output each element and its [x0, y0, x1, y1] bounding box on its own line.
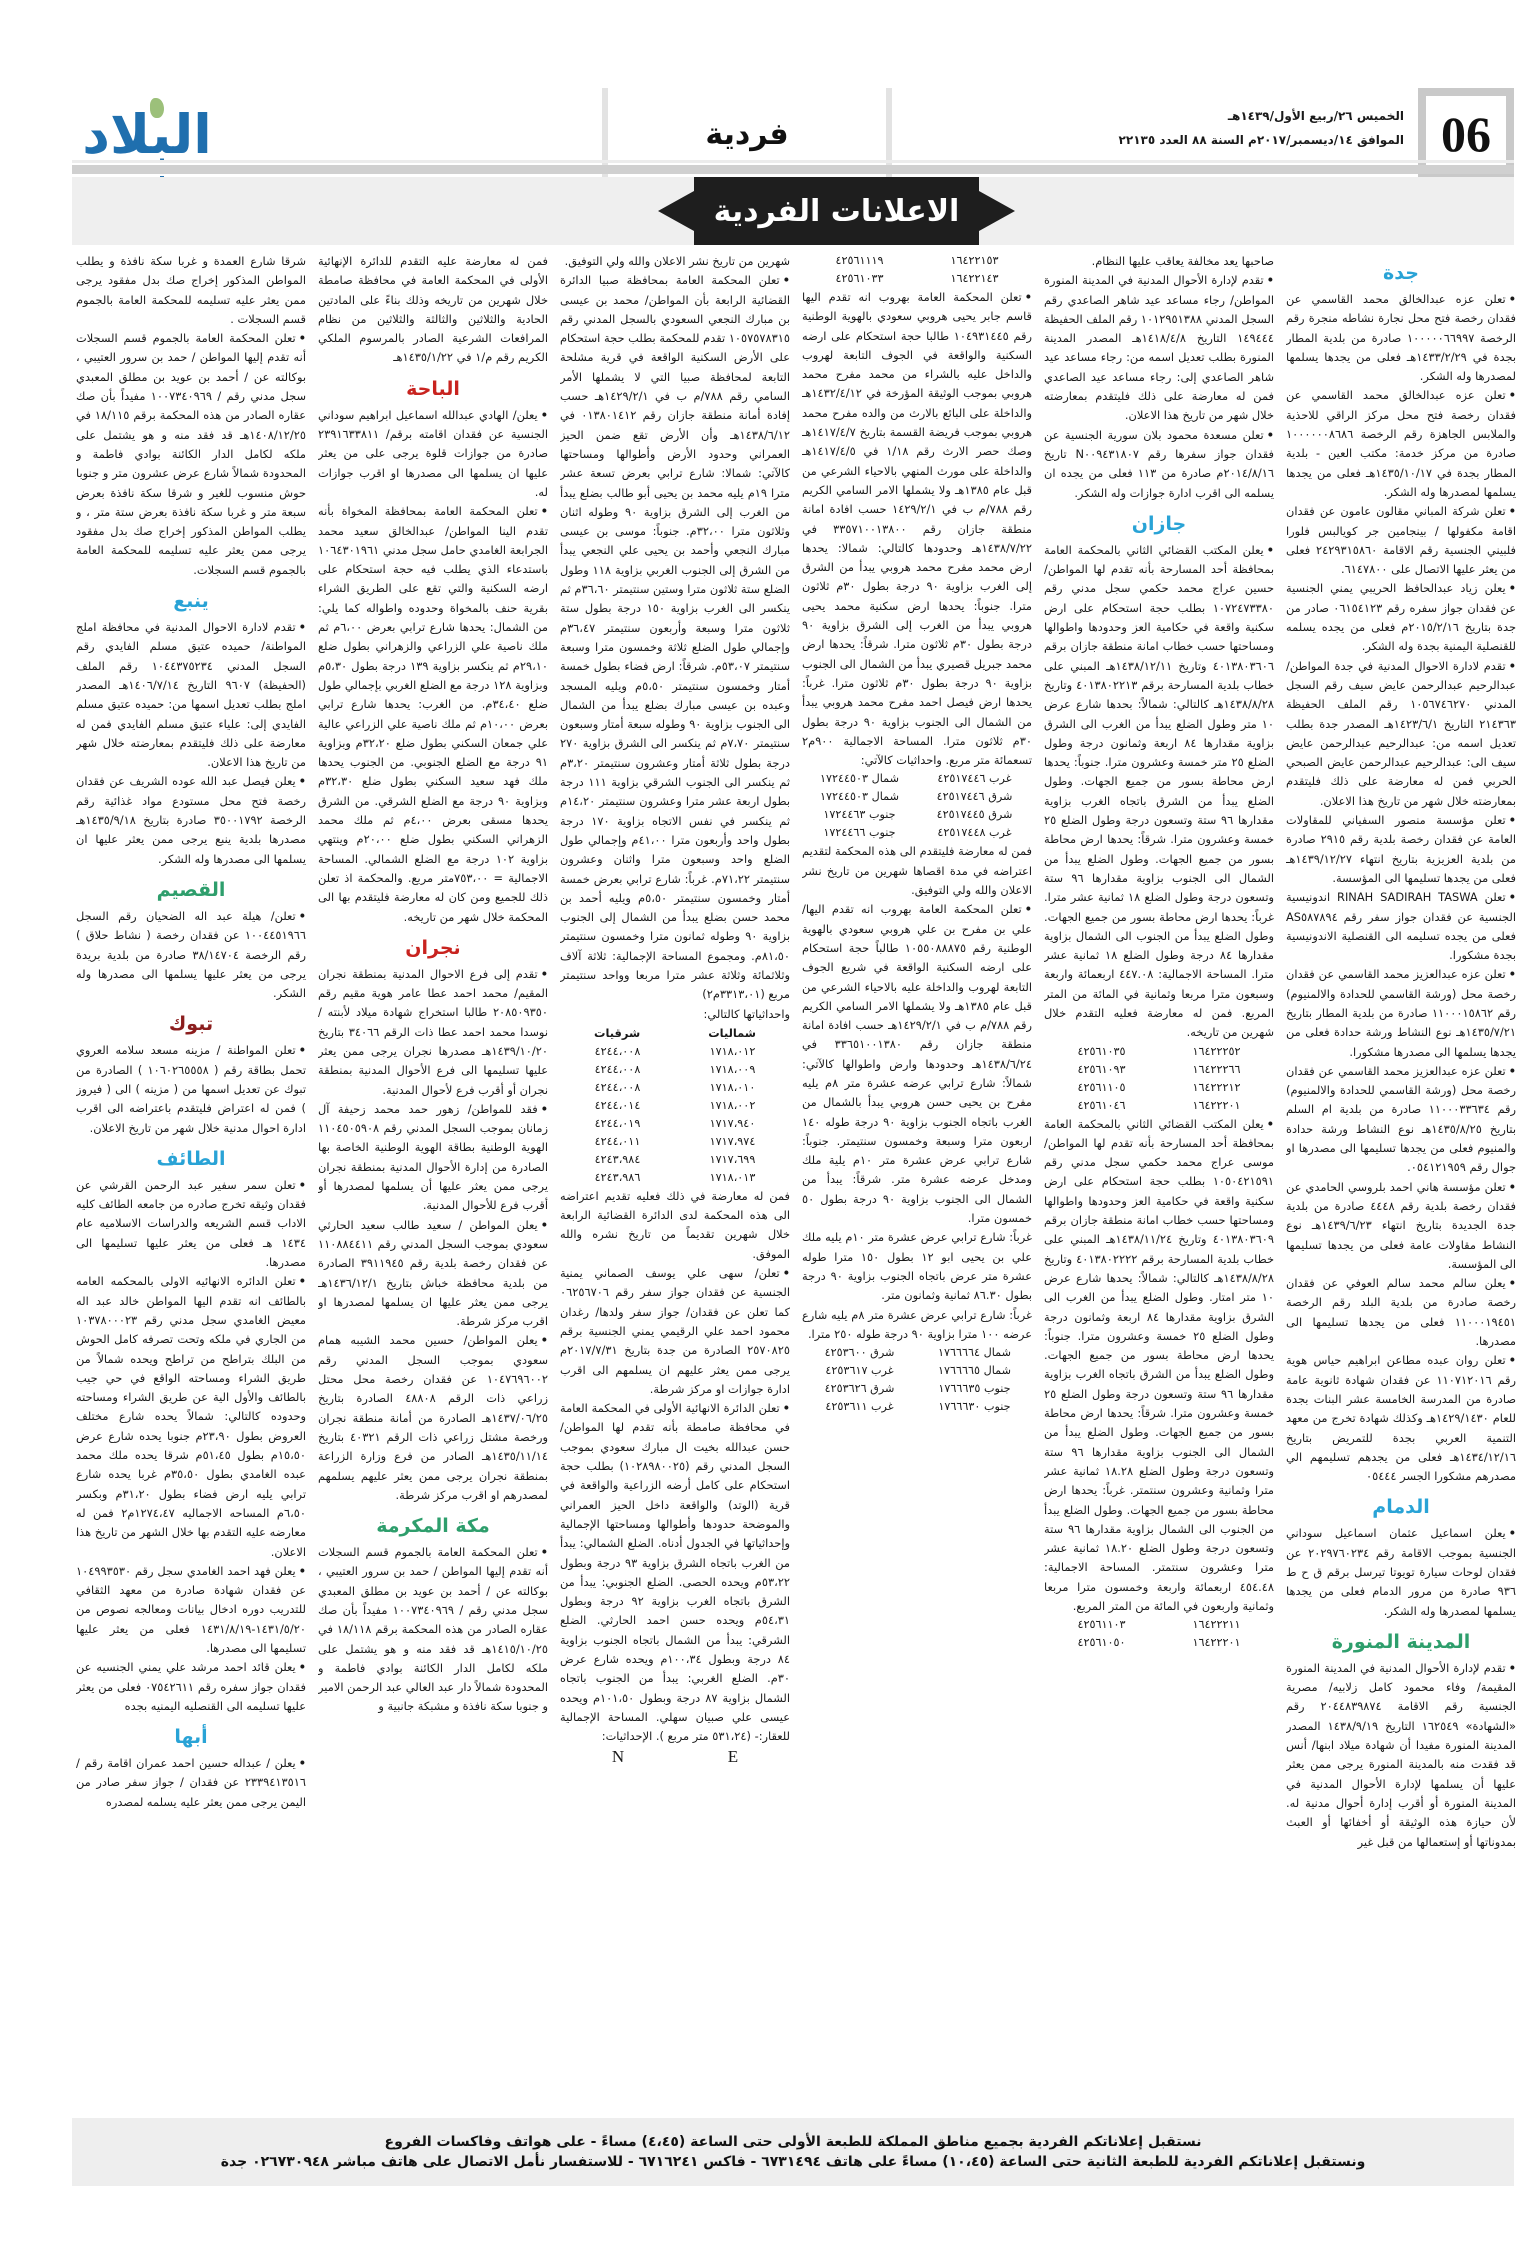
column-4: شهرين من تاريخ نشر الاعلان والله ولي الت… [560, 252, 790, 2092]
coords-header: شمالياتشرقيات [560, 1024, 790, 1043]
ad-item: •تقدم لإدارة الأحوال المدنية في المدينة … [1286, 1659, 1516, 1852]
bullet-icon: • [1267, 543, 1274, 557]
ad-item: •تعلن الدائرة الانهائية الأولى في المحكم… [560, 1399, 790, 1746]
footer-line-second-edition: ونستقبل إعلاناتكم الفردية للطبعة الثانية… [221, 2154, 1366, 2170]
coordinates-table: ٤٢٥٦١١٠٣١٦٤٢٢٢١١ ٤٢٥٦١٠٥٠١٦٤٢٢٢٠١ [1044, 1616, 1274, 1652]
classifieds-banner: الاعلانات الفردية [72, 177, 1514, 245]
ad-item: •تعلن عزه عبدالعزيز محمد القاسمي عن فقدا… [1286, 1062, 1516, 1178]
ad-item: •يعلن/ الهادي عبدالله اسماعيل ابراهيم سو… [318, 406, 548, 502]
bullet-icon: • [1509, 659, 1516, 673]
bullet-icon: • [783, 1401, 790, 1415]
bullet-icon: • [541, 967, 548, 981]
bullet-icon: • [541, 1218, 548, 1232]
coord-row: ١٧١٧،٦٩٩٤٢٤٣،٩٨٤ [560, 1151, 790, 1169]
ad-item: •تعلن مؤسسة منصور السفياني للمقاولات الع… [1286, 811, 1516, 888]
coord-row: ٤٢٥٦١٠٥٠١٦٤٢٢٢٠١ [1044, 1634, 1274, 1652]
bullet-icon: • [541, 408, 548, 422]
ad-item: •تعلن سمر سفير عبد الرحمن القرشي عن فقدا… [76, 1176, 306, 1272]
ad-item: •تقدم لادارة الاحوال المدنية في جدة المو… [1286, 657, 1516, 811]
ad-item: •تعلن روان عبده مطاعن ابراهيم حياس هوية … [1286, 1351, 1516, 1486]
region-heading-tabuk: تبوك [76, 1009, 306, 1039]
ad-item: •تعلن مسعدة محمود بلان سورية الجنسية عن … [1044, 426, 1274, 503]
coords-axis-labels: NE [560, 1746, 790, 1768]
ad-item: •تعلن المحكمة العامة بهروب انه تقدم اليه… [802, 288, 1032, 770]
issue-date: الخميس ٢٦/ربيع الأول/١٤٣٩هـ الموافق ١٤/د… [1119, 104, 1404, 152]
masthead-rule-light [72, 160, 1514, 163]
bullet-icon: • [1509, 581, 1516, 595]
banner-title: الاعلانات الفردية [694, 177, 979, 245]
bullet-icon: • [1267, 428, 1274, 442]
ads-columns: جدة •تعلن عزه عبدالخالق محمد القاسمي عن … [80, 252, 1516, 2092]
bullet-icon: • [1509, 292, 1516, 306]
column-1: جدة •تعلن عزه عبدالخالق محمد القاسمي عن … [1286, 252, 1516, 2092]
ad-item: •تعلن الدائره الانهائيه الاولى بالمحكمه … [76, 1272, 306, 1561]
ad-item: •تقدم لادارة الاحوال المدنية في محافظة ا… [76, 618, 306, 772]
coord-row: ١٧١٨،٠١٣٤٢٤٣،٩٨٦ [560, 1169, 790, 1187]
ad-item-continued: فمن له معارضة في ذلك فعليه تقديم اعتراضه… [560, 1187, 790, 1264]
region-heading-taif: الطائف [76, 1144, 306, 1174]
column-5: فمن له معارضة عليه التقدم للدائرة الإنها… [318, 252, 548, 2092]
ad-item: •يعلن قائد احمد مرشد علي يمني الجنسيه عن… [76, 1658, 306, 1716]
bullet-icon: • [299, 1660, 306, 1674]
ad-item-continued: غرباً: شارع ترابي عرض عشرة متر ١٠م يليه … [802, 1228, 1032, 1305]
ad-item: •تعلن المحكمة العامة بمحافظة صبيا الدائر… [560, 271, 790, 1004]
ad-item: •تعلن/ سهى علي يوسف الصماني يمنية الجنسي… [560, 1264, 790, 1399]
ad-item: •يعلن / عبداله حسين احمد عمران اقامة رقم… [76, 1754, 306, 1812]
ad-item: •تعلن المحكمة العامة بالجموم قسم السجلات… [318, 1543, 548, 1717]
coordinates-table: ٤٢٥٦١٠٣٥١٦٤٢٢٢٥٢ ٤٢٥٦١٠٩٣١٦٤٢٢٢٦٦ ٤٢٥٦١١… [1044, 1043, 1274, 1115]
saudi-map-icon [150, 98, 164, 118]
ad-item: •تقدم لإدارة الأحوال المدنية في المدينة … [1044, 271, 1274, 425]
coord-row: شمال ١٧٦٦٦٦٥غرب ٤٢٥٣٦١٧ [802, 1362, 1032, 1380]
ad-item: •يعلن المواطن / سعيد طالب سعيد الحارثي س… [318, 1216, 548, 1332]
ad-item: •يعلن المكتب القضائي الثاني بالمحكمة الع… [1044, 1115, 1274, 1617]
coord-row: ١٧١٨،٠٠٢٤٢٤٤،٠١٤ [560, 1097, 790, 1115]
region-heading-dammam: الدمام [1286, 1492, 1516, 1522]
ad-item-continued: شهرين من تاريخ نشر الاعلان والله ولي الت… [560, 252, 790, 271]
ad-item: •تقدم إلى فرع الاحوال المدنية بمنطقة نجر… [318, 965, 548, 1100]
ad-item: •يعلن المكتب القضائي الثاني بالمحكمة الع… [1044, 541, 1274, 1043]
coord-row: ٤٢٥٦١١١٩١٦٤٢٢١٥٣ [802, 252, 1032, 270]
region-heading-qassim: القصيم [76, 875, 306, 905]
coord-row: جنوب ١٧٦٦٦٣٥شرق ٤٢٥٣٦٢٦ [802, 1380, 1032, 1398]
bullet-icon: • [299, 1756, 306, 1770]
ad-item-continued: فمن له معارضة عليه التقدم للدائرة الإنها… [318, 252, 548, 368]
bullet-icon: • [1509, 388, 1516, 402]
coord-row: ١٧١٨،٠٠٩٤٢٤٤،٠٠٨ [560, 1061, 790, 1079]
ad-item-continued: غرباً: شارع ترابي عرض عشرة متر ٨م يليه ش… [802, 1306, 1032, 1345]
coordinates-table: ٤٢٥٦١١١٩١٦٤٢٢١٥٣ ٤٢٥٦١٠٣٣١٦٤٢٢١٤٣ [802, 252, 1032, 288]
bullet-icon: • [1509, 1064, 1516, 1078]
ad-item: •يعلن المواطن/ حسين محمد الشيبه همام سعو… [318, 1331, 548, 1505]
coord-row: ٤٢٥٦١٠٩٣١٦٤٢٢٢٦٦ [1044, 1061, 1274, 1079]
region-heading-baha: الباحة [318, 374, 548, 404]
coords-label: واحداثياتها كالتالي: [560, 1005, 790, 1024]
coordinates-table: غرب ٤٢٥١٧٤٤٦شمال ١٧٢٤٤٥٠٣ شرق ٤٢٥١٧٤٤٦شم… [802, 770, 1032, 842]
bullet-icon: • [1509, 1180, 1516, 1194]
ad-item: •تعلن المحكمة العامة بمحافظة المخواة بأن… [318, 502, 548, 927]
ad-item: •تعلن عزه عبدالخالق محمد القاسمي عن فقدا… [1286, 386, 1516, 502]
region-heading-najran: نجران [318, 933, 548, 963]
coord-row: ٤٢٥٦١٠٤٦١٦٤٢٢٢٠١ [1044, 1097, 1274, 1115]
bullet-icon: • [541, 1102, 548, 1116]
column-3: ٤٢٥٦١١١٩١٦٤٢٢١٥٣ ٤٢٥٦١٠٣٣١٦٤٢٢١٤٣ •تعلن … [802, 252, 1032, 2092]
logo-text: البلاد [82, 103, 212, 166]
bullet-icon: • [1509, 967, 1516, 981]
ad-item: •تعلن شركة المباني مقالون عامون عن فقدان… [1286, 502, 1516, 579]
coord-row: ١٧١٧،٩٧٤٤٢٤٤،٠١١ [560, 1133, 790, 1151]
ad-item: •تعلن عزه عبدالعزيز محمد القاسمي عن فقدا… [1286, 965, 1516, 1061]
coord-row: جنوب ١٧٦٦٦٣٠غرب ٤٢٥٣٦١١ [802, 1398, 1032, 1416]
region-heading-jazan: جازان [1044, 509, 1274, 539]
bullet-icon: • [1509, 1276, 1516, 1290]
ad-item: •تعلن المحكمة العامة بالجموم قسم السجلات… [76, 329, 306, 580]
ad-item: •يعلن اسماعيل عثمان اسماعيل سوداني الجنس… [1286, 1524, 1516, 1620]
region-heading-jeddah: جدة [1286, 258, 1516, 288]
bullet-icon: • [1509, 890, 1516, 904]
ad-item: •تعلن المواطنة / مزينه مسعد سلامه العروي… [76, 1041, 306, 1137]
coord-row: شمال ١٧٦٦٦٦٤شرق ٤٢٥٣٦٠٠ [802, 1344, 1032, 1362]
ad-item: •فقد للمواطن/ زهور حمد محمد زحيفة آل زما… [318, 1100, 548, 1216]
ad-item-continued: شرقا شارع العمدة و غربا سكة نافذة و يطلب… [76, 252, 306, 329]
coord-row: ١٧١٨،٠١٢٤٢٤٤،٠٠٨ [560, 1043, 790, 1061]
bullet-icon: • [1509, 1526, 1516, 1540]
bullet-icon: • [299, 1274, 306, 1288]
region-heading-yanbu: ينبع [76, 586, 306, 616]
ad-item: •تعلن عزه عبدالخالق محمد القاسمي عن فقدا… [1286, 290, 1516, 386]
bullet-icon: • [1509, 1353, 1516, 1367]
region-heading-makkah: مكة المكرمة [318, 1511, 548, 1541]
bullet-icon: • [1509, 1661, 1516, 1675]
bullet-icon: • [299, 774, 306, 788]
bullet-icon: • [299, 620, 306, 634]
coord-row: ١٧١٨،٠١٠٤٢٤٤،٠٠٨ [560, 1079, 790, 1097]
coord-row: ٤٢٥٦١٠٣٥١٦٤٢٢٢٥٢ [1044, 1043, 1274, 1061]
bullet-icon: • [541, 1333, 548, 1347]
coord-row: شرق ٤٢٥١٧٤٤٥جنوب ١٧٢٤٤٦٣ [802, 806, 1032, 824]
coord-row: ١٧١٧،٩٤٠٤٢٤٤،٠١٩ [560, 1115, 790, 1133]
bullet-icon: • [1267, 1117, 1274, 1131]
region-heading-madinah: المدينة المنورة [1286, 1627, 1516, 1657]
bullet-icon: • [541, 504, 548, 518]
ad-item: •تعلن المحكمة العامة بهروب انه تقدم اليه… [802, 900, 1032, 1228]
coord-row: غرب ٤٢٥١٧٤٤٦شمال ١٧٢٤٤٥٠٣ [802, 770, 1032, 788]
bullet-icon: • [299, 1043, 306, 1057]
coord-row: شرق ٤٢٥١٧٤٤٦شمال ١٧٢٤٤٥٠٣ [802, 788, 1032, 806]
ad-item: •يعلن زياد عبدالحافظ الحريبي يمني الجنسي… [1286, 579, 1516, 656]
bullet-icon: • [1025, 290, 1032, 304]
coord-row: ٤٢٥٦١١٠٣١٦٤٢٢٢١١ [1044, 1616, 1274, 1634]
masthead-rule [72, 165, 1514, 174]
ad-item: •تعلن RINAH SADIRAH TASWA اندونيسية الجن… [1286, 888, 1516, 965]
ad-item: •يعلن فيصل عبد الله عوده الشريف عن فقدان… [76, 772, 306, 868]
ad-item: •تعلن/ هيلة عبد اله الضحيان رقم السجل ١٠… [76, 907, 306, 1003]
bullet-icon: • [299, 1564, 306, 1578]
bullet-icon: • [783, 1266, 790, 1280]
bullet-icon: • [299, 1178, 306, 1192]
bullet-icon: • [1025, 902, 1032, 916]
bullet-icon: • [783, 273, 790, 287]
column-6: شرقا شارع العمدة و غربا سكة نافذة و يطلب… [76, 252, 306, 2092]
date-hijri: الخميس ٢٦/ربيع الأول/١٤٣٩هـ [1119, 104, 1404, 128]
ad-item: •يعلن سالم محمد سالم العوفي عن فقدان رخص… [1286, 1274, 1516, 1351]
coordinates-table: شمال ١٧٦٦٦٦٤شرق ٤٢٥٣٦٠٠ شمال ١٧٦٦٦٦٥غرب … [802, 1344, 1032, 1416]
bullet-icon: • [1509, 813, 1516, 827]
ad-item: •تعلن مؤسسة هاني احمد بلروسي الحامدي عن … [1286, 1178, 1516, 1274]
bullet-icon: • [299, 331, 306, 345]
coord-row: غرب ٤٢٥١٧٤٤٨جنوب ١٧٢٤٤٦٦ [802, 824, 1032, 842]
ad-item: •يعلن فهد احمد الغامدي سجل رقم ١٠٤٩٩٣٥٣٠… [76, 1562, 306, 1658]
column-2: صاحبها يعد مخالفة يعاقب عليها النظام. •ت… [1044, 252, 1274, 2092]
coordinates-table: شمالياتشرقيات ١٧١٨،٠١٢٤٢٤٤،٠٠٨ ١٧١٨،٠٠٩٤… [560, 1024, 790, 1187]
date-gregorian: الموافق ١٤/ديسمبر/٢٠١٧م السنة ٨٨ العدد ٢… [1119, 128, 1404, 152]
footer-line-first-edition: نستقبل إعلاناتكم الفردية بجميع مناطق الم… [385, 2134, 1202, 2150]
bullet-icon: • [299, 909, 306, 923]
bullet-icon: • [541, 1545, 548, 1559]
bullet-icon: • [1267, 273, 1274, 287]
coord-row: ٤٢٥٦١٠٣٣١٦٤٢٢١٤٣ [802, 270, 1032, 288]
ad-item-continued: صاحبها يعد مخالفة يعاقب عليها النظام. [1044, 252, 1274, 271]
ad-item-continued: فمن له معارضة فليتقدم الى هذه المحكمة لت… [802, 842, 1032, 900]
bullet-icon: • [1509, 504, 1516, 518]
submission-info-footer: نستقبل إعلاناتكم الفردية بجميع مناطق الم… [72, 2118, 1514, 2186]
coord-row: ٤٢٥٦١١٠٥١٦٤٢٢٢١٢ [1044, 1079, 1274, 1097]
region-heading-abha: أبها [76, 1722, 306, 1752]
